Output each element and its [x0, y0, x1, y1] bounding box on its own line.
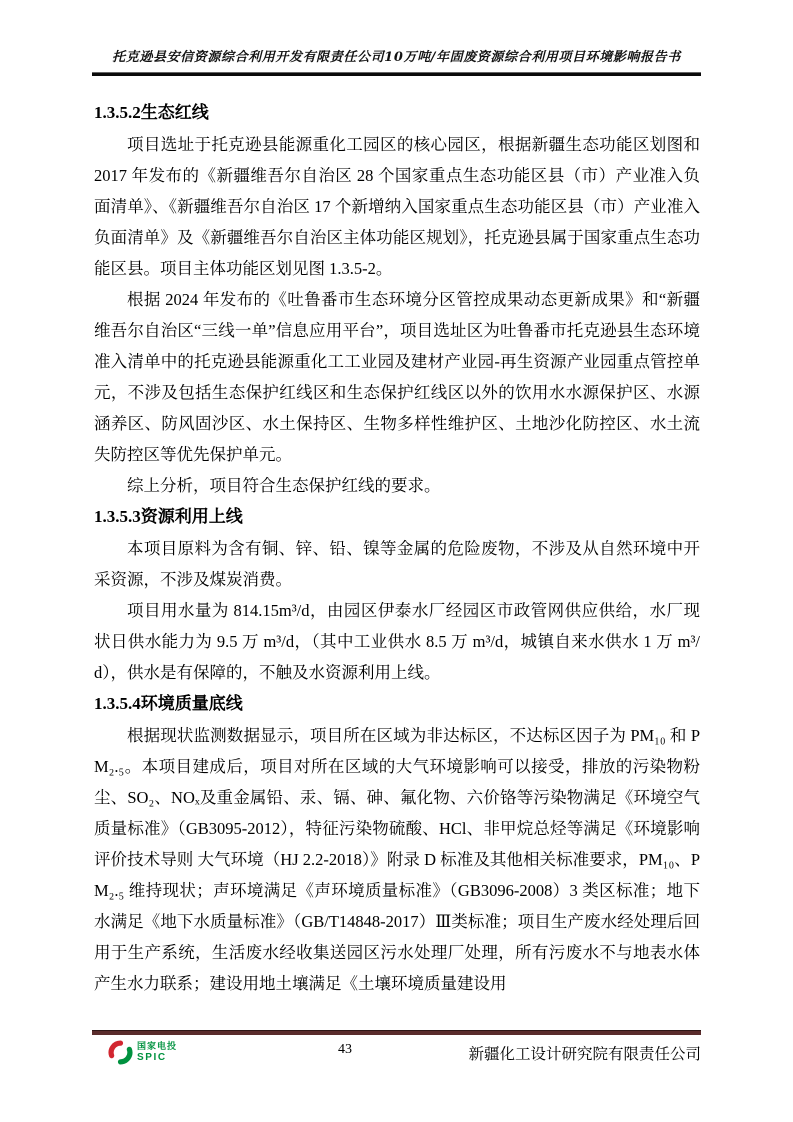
spic-logo-icon — [108, 1040, 133, 1065]
page-number: 43 — [325, 1042, 365, 1058]
section-number: 1.3.5.2 — [94, 103, 141, 122]
header-rule — [92, 72, 701, 76]
header-title: 托克逊县安信资源综合利用开发有限责任公司10万吨/年固废资源综合利用项目环境影响… — [92, 46, 701, 65]
paragraph: 根据 2024 年发布的《吐鲁番市生态环境分区管控成果动态更新成果》和“新疆维吾… — [94, 284, 700, 470]
document-page: 托克逊县安信资源综合利用开发有限责任公司10万吨/年固废资源综合利用项目环境影响… — [0, 0, 793, 1122]
section-heading-1-3-5-2: 1.3.5.2生态红线 — [94, 97, 700, 129]
footer-rule — [92, 1030, 701, 1035]
section-title: 资源利用上线 — [141, 507, 243, 526]
paragraph: 根据现状监测数据显示，项目所在区域为非达标区，不达标区因子为 PM₁₀ 和 PM… — [94, 720, 700, 999]
spic-logo: 国家电投 SPIC — [108, 1040, 177, 1065]
section-title: 生态红线 — [141, 103, 209, 122]
paragraph: 综上分析，项目符合生态保护红线的要求。 — [94, 470, 700, 501]
paragraph: 项目选址于托克逊县能源重化工园区的核心园区，根据新疆生态功能区划图和 2017 … — [94, 129, 700, 284]
section-heading-1-3-5-3: 1.3.5.3资源利用上线 — [94, 501, 700, 533]
spic-logo-text: 国家电投 SPIC — [137, 1042, 177, 1063]
page-header: 托克逊县安信资源综合利用开发有限责任公司10万吨/年固废资源综合利用项目环境影响… — [92, 46, 701, 76]
document-content: 1.3.5.2生态红线 项目选址于托克逊县能源重化工园区的核心园区，根据新疆生态… — [94, 97, 700, 999]
paragraph: 项目用水量为 814.15m³/d，由园区伊泰水厂经园区市政管网供应供给，水厂现… — [94, 595, 700, 688]
page-footer: 国家电投 SPIC 43 新疆化工设计研究院有限责任公司 — [92, 1040, 701, 1080]
section-title: 环境质量底线 — [141, 694, 243, 713]
section-heading-1-3-5-4: 1.3.5.4环境质量底线 — [94, 688, 700, 720]
spic-logo-english: SPIC — [137, 1053, 177, 1063]
section-number: 1.3.5.3 — [94, 507, 141, 526]
footer-company-name: 新疆化工设计研究院有限责任公司 — [468, 1042, 701, 1064]
paragraph: 本项目原料为含有铜、锌、铅、镍等金属的危险废物，不涉及从自然环境中开采资源，不涉… — [94, 533, 700, 595]
spic-logo-chinese: 国家电投 — [137, 1042, 177, 1051]
section-number: 1.3.5.4 — [94, 694, 141, 713]
